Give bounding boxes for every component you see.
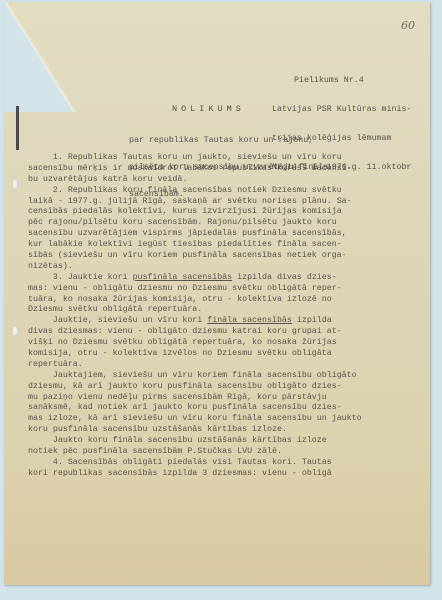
body-line: koru pusfināla sacensību uzstāšanās kārt… [28, 425, 408, 436]
subtitle-line: par republikas Tautas koru un rajonu, [129, 136, 328, 145]
fold-crease-shadow [16, 106, 19, 150]
handwritten-page-number: 60 [401, 19, 415, 32]
body-line: Jaukto koru fināla sacensību uzstāšanās … [28, 436, 408, 447]
body-line: 4. Sacensībās obligāti piedalās visi Tau… [28, 458, 408, 469]
underlined-phrase: fināla sacensībās [207, 316, 292, 325]
text-segment: censībās piedalās kolektīvi, kurus izvir… [28, 207, 342, 216]
text-segment: mu paziņo vienu nedēļu pirms sacensībām … [28, 393, 327, 402]
body-line: nizētas). [28, 262, 408, 273]
text-segment: 4. Sacensībās obligāti piedalās visi Tau… [28, 458, 332, 467]
text-segment: višķi no Dziesmu svētku obligātā repertu… [28, 338, 337, 347]
folded-corner [4, 2, 84, 112]
text-segment: Jauktajiem, sieviešu un vīru koriem finā… [28, 371, 357, 380]
text-segment: dziesmu, kā arī jaukto koru pusfināla sa… [28, 382, 342, 391]
text-segment: repertuāra. [28, 360, 83, 369]
appendix-line: Latvijas PSR Kultūras minis- [272, 105, 411, 115]
text-segment: notiek pēc pusfināla sacensībām P.Stučka… [28, 447, 282, 456]
body-line: sacensību uzvarētājiem vispirms jāpiedal… [28, 229, 408, 240]
text-segment: izpilda divas dzies- [232, 273, 337, 282]
text-segment: mas: vienu - obligātu dziesmu no Dziesmu… [28, 284, 342, 293]
document-title: NOLIKUMS [172, 104, 245, 114]
body-line: pēc rajonu/pilsētu koru sacensībām. Rajo… [28, 218, 408, 229]
document-body: 1. Republikas Tautas koru un jaukto, sie… [28, 153, 408, 480]
body-line: Dziesmu svētku obligātā repertuāra. [28, 305, 408, 316]
body-line: censībās piedalās kolektīvi, kurus izvir… [28, 207, 408, 218]
text-segment: Jauktie, sieviešu un vīru kori [28, 316, 207, 325]
body-line: notiek pēc pusfināla sacensībām P.Stučka… [28, 447, 408, 458]
body-line: 2. Republikas koru fināla sacensības not… [28, 186, 408, 197]
text-segment: tuāra, ko nosaka žūrijas komisija, otru … [28, 295, 332, 304]
text-segment: kur labākie kolektīvi iegūst tiesības pi… [28, 240, 342, 249]
text-segment: 2. Republikas koru fināla sacensības not… [28, 186, 342, 195]
text-segment: sībās (sieviešu un vīru koriem pusfināla… [28, 251, 347, 260]
document-page: 60 Pielikums Nr.4 Latvijas PSR Kultūras … [4, 2, 430, 585]
text-segment: Dziesmu svētku obligātā repertuāra. [28, 305, 202, 314]
body-line: mas izloze, kā arī sieviešu un vīru koru… [28, 414, 408, 425]
body-line: repertuāra. [28, 360, 408, 371]
text-segment: sacensību mērķis ir noskaidrot labākos r… [28, 164, 352, 173]
body-line: tuāra, ko nosaka žūrijas komisija, otru … [28, 295, 408, 306]
text-segment: sacensību uzvarētājiem vispirms jāpiedal… [28, 229, 347, 238]
body-line: Jauktie, sieviešu un vīru kori fināla sa… [28, 316, 408, 327]
body-line: bu uzvarētājus katrā koru veidā. [28, 175, 408, 186]
text-segment: divas dziesmas: vienu - obligāto dziesmu… [28, 327, 342, 336]
body-line: višķi no Dziesmu svētku obligātā repertu… [28, 338, 408, 349]
body-line: sacensību mērķis ir noskaidrot labākos r… [28, 164, 408, 175]
binder-hole [13, 180, 17, 188]
binder-hole [13, 327, 17, 335]
text-segment: mas izloze, kā arī sieviešu un vīru koru… [28, 414, 362, 423]
body-line: komisija, otru - kolektīva izvēlos no Dz… [28, 349, 408, 360]
body-line: mas: vienu - obligātu dziesmu no Dziesmu… [28, 284, 408, 295]
body-line: sībās (sieviešu un vīru koriem pusfināla… [28, 251, 408, 262]
body-line: 3. Jauktie kori pusfināla sacensībās izp… [28, 273, 408, 284]
text-segment: bu uzvarētājus katrā koru veidā. [28, 175, 187, 184]
text-segment: nizētas). [28, 262, 73, 271]
body-line: laikā - 1977.g. jūlijā Rīgā, saskaņā ar … [28, 197, 408, 208]
body-line: Jauktajiem, sieviešu un vīru koriem finā… [28, 371, 408, 382]
text-segment: Jaukto koru fināla sacensību uzstāšanās … [28, 436, 327, 445]
text-segment: 1. Republikas Tautas koru un jaukto, sie… [28, 153, 342, 162]
body-line: 1. Republikas Tautas koru un jaukto, sie… [28, 153, 408, 164]
appendix-line: Pielikums Nr.4 [272, 76, 411, 86]
text-segment: 3. Jauktie kori [28, 273, 133, 282]
text-segment: koru pusfināla sacensību uzstāšanās kārt… [28, 425, 287, 434]
body-line: kori republikas sacensībās izpilda 3 dzi… [28, 469, 408, 480]
text-segment: kori republikas sacensībās izpilda 3 dzi… [28, 469, 332, 478]
text-segment: izpilda [292, 316, 332, 325]
body-line: kur labākie kolektīvi iegūst tiesības pi… [28, 240, 408, 251]
text-segment: laikā - 1977.g. jūlijā Rīgā, saskaņā ar … [28, 197, 352, 206]
text-segment: pēc rajonu/pilsētu koru sacensībām. Rajo… [28, 218, 337, 227]
body-line: dziesmu, kā arī jaukto koru pusfināla sa… [28, 382, 408, 393]
underlined-phrase: pusfināla sacensībās [133, 273, 233, 282]
body-line: sanāksmē, kad notiek arī jaukto koru pus… [28, 403, 408, 414]
text-segment: komisija, otru - kolektīva izvēlos no Dz… [28, 349, 332, 358]
text-segment: sanāksmē, kad notiek arī jaukto koru pus… [28, 403, 342, 412]
body-line: divas dziesmas: vienu - obligāto dziesmu… [28, 327, 408, 338]
body-line: mu paziņo vienu nedēļu pirms sacensībām … [28, 393, 408, 404]
